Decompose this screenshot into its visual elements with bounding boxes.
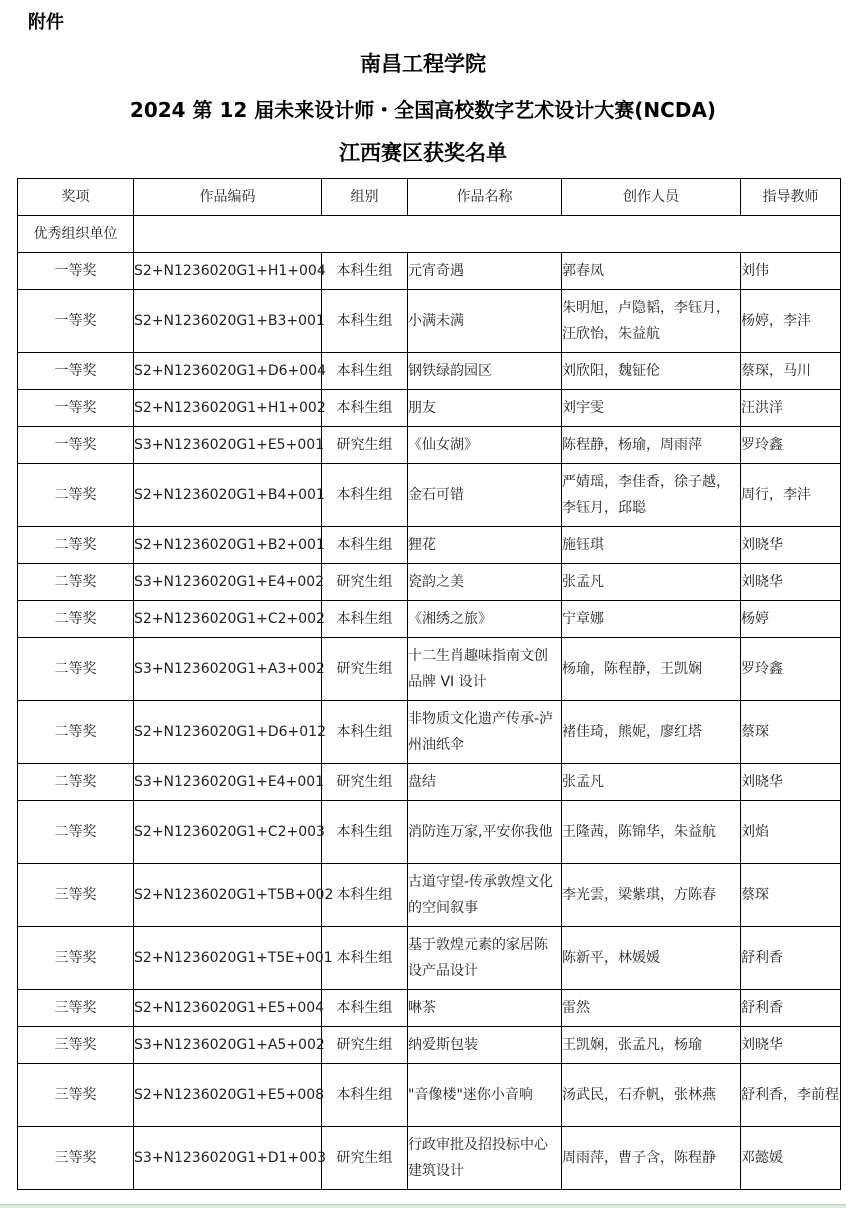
award-cell: 二等奖 bbox=[18, 701, 134, 764]
creators-cell: 王隆茜，陈锦华，朱益航 bbox=[562, 801, 741, 864]
advisors-cell: 刘焰 bbox=[741, 801, 841, 864]
code-cell: S2+N1236020G1+B4+001 bbox=[134, 464, 322, 527]
code-cell: S3+N1236020G1+E4+002 bbox=[134, 564, 322, 601]
award-cell: 一等奖 bbox=[18, 390, 134, 427]
code-cell: S2+N1236020G1+D6+012 bbox=[134, 701, 322, 764]
title-cell: 啉茶 bbox=[408, 990, 562, 1027]
title-cell: 朋友 bbox=[408, 390, 562, 427]
title-cell: 《湘绣之旅》 bbox=[408, 601, 562, 638]
table-row: 三等奖S2+N1236020G1+E5+008本科生组"音像楼"迷你小音响汤武民… bbox=[18, 1064, 841, 1127]
group-cell: 本科生组 bbox=[322, 927, 408, 990]
award-cell: 二等奖 bbox=[18, 564, 134, 601]
org-row-value bbox=[134, 216, 841, 253]
title-cell: "音像楼"迷你小音响 bbox=[408, 1064, 562, 1127]
group-cell: 本科生组 bbox=[322, 527, 408, 564]
creators-cell: 杨瑜，陈程静，王凯娴 bbox=[562, 638, 741, 701]
creators-cell: 褚佳琦，熊妮，廖红塔 bbox=[562, 701, 741, 764]
title-cell: 基于敦煌元素的家居陈设产品设计 bbox=[408, 927, 562, 990]
code-cell: S2+N1236020G1+T5B+002 bbox=[134, 864, 322, 927]
table-row: 三等奖S2+N1236020G1+T5E+001本科生组基于敦煌元素的家居陈设产… bbox=[18, 927, 841, 990]
code-cell: S2+N1236020G1+E5+008 bbox=[134, 1064, 322, 1127]
creators-cell: 张孟凡 bbox=[562, 564, 741, 601]
advisors-cell: 蔡琛，马川 bbox=[741, 353, 841, 390]
table-row: 二等奖S3+N1236020G1+E4+002研究生组瓷韵之美张孟凡刘晓华 bbox=[18, 564, 841, 601]
creators-cell: 汤武民，石乔帆，张林燕 bbox=[562, 1064, 741, 1127]
advisors-cell: 舒利香 bbox=[741, 927, 841, 990]
title-cell: 《仙女湖》 bbox=[408, 427, 562, 464]
title-competition: 2024 第 12 届未来设计师・全国高校数字艺术设计大赛(NCDA) bbox=[0, 94, 846, 123]
award-cell: 一等奖 bbox=[18, 427, 134, 464]
header-group: 组别 bbox=[322, 179, 408, 216]
creators-cell: 刘欣阳，魏钲伦 bbox=[562, 353, 741, 390]
advisors-cell: 舒利香，李前程 bbox=[741, 1064, 841, 1127]
header-code: 作品编码 bbox=[134, 179, 322, 216]
title-cell: 小满未满 bbox=[408, 290, 562, 353]
award-cell: 三等奖 bbox=[18, 1027, 134, 1064]
advisors-cell: 汪洪洋 bbox=[741, 390, 841, 427]
group-cell: 本科生组 bbox=[322, 701, 408, 764]
table-header-row: 奖项 作品编码 组别 作品名称 创作人员 指导教师 bbox=[18, 179, 841, 216]
code-cell: S2+N1236020G1+D6+004 bbox=[134, 353, 322, 390]
code-cell: S2+N1236020G1+T5E+001 bbox=[134, 927, 322, 990]
table-row: 二等奖S2+N1236020G1+D6+012本科生组非物质文化遗产传承-泸州油… bbox=[18, 701, 841, 764]
creators-cell: 朱明旭，卢隐韬，李钰月，汪欣怡，朱益航 bbox=[562, 290, 741, 353]
group-cell: 本科生组 bbox=[322, 290, 408, 353]
title-cell: 金石可错 bbox=[408, 464, 562, 527]
org-row-label: 优秀组织单位 bbox=[18, 216, 134, 253]
creators-cell: 宁章娜 bbox=[562, 601, 741, 638]
title-cell: 消防连万家,平安你我他 bbox=[408, 801, 562, 864]
code-cell: S3+N1236020G1+A5+002 bbox=[134, 1027, 322, 1064]
code-cell: S3+N1236020G1+E5+001 bbox=[134, 427, 322, 464]
title-cell: 钢铁绿韵园区 bbox=[408, 353, 562, 390]
title-cell: 元宵奇遇 bbox=[408, 253, 562, 290]
header-award: 奖项 bbox=[18, 179, 134, 216]
table-row: 一等奖S2+N1236020G1+B3+001本科生组小满未满朱明旭，卢隐韬，李… bbox=[18, 290, 841, 353]
advisors-cell: 刘晓华 bbox=[741, 527, 841, 564]
title-award-list: 江西赛区获奖名单 bbox=[0, 137, 846, 167]
group-cell: 研究生组 bbox=[322, 564, 408, 601]
group-cell: 研究生组 bbox=[322, 638, 408, 701]
org-row: 优秀组织单位 bbox=[18, 216, 841, 253]
table-row: 一等奖S2+N1236020G1+H1+002本科生组朋友刘宇雯汪洪洋 bbox=[18, 390, 841, 427]
advisors-cell: 罗玲鑫 bbox=[741, 638, 841, 701]
title-cell: 行政审批及招投标中心建筑设计 bbox=[408, 1127, 562, 1190]
table-row: 二等奖S2+N1236020G1+B2+001本科生组狸花施钰琪刘晓华 bbox=[18, 527, 841, 564]
table-row: 二等奖S2+N1236020G1+C2+002本科生组《湘绣之旅》宁章娜杨婷 bbox=[18, 601, 841, 638]
group-cell: 本科生组 bbox=[322, 464, 408, 527]
advisors-cell: 舒利香 bbox=[741, 990, 841, 1027]
table-row: 二等奖S2+N1236020G1+B4+001本科生组金石可错严婧瑶，李佳香，徐… bbox=[18, 464, 841, 527]
code-cell: S2+N1236020G1+B2+001 bbox=[134, 527, 322, 564]
advisors-cell: 刘晓华 bbox=[741, 1027, 841, 1064]
table-row: 三等奖S2+N1236020G1+E5+004本科生组啉茶雷然舒利香 bbox=[18, 990, 841, 1027]
creators-cell: 李光雲，梁紫琪，方陈春 bbox=[562, 864, 741, 927]
group-cell: 本科生组 bbox=[322, 990, 408, 1027]
title-cell: 狸花 bbox=[408, 527, 562, 564]
award-cell: 三等奖 bbox=[18, 1127, 134, 1190]
advisors-cell: 罗玲鑫 bbox=[741, 427, 841, 464]
table-row: 二等奖S3+N1236020G1+E4+001研究生组盘结张孟凡刘晓华 bbox=[18, 764, 841, 801]
code-cell: S2+N1236020G1+E5+004 bbox=[134, 990, 322, 1027]
advisors-cell: 刘伟 bbox=[741, 253, 841, 290]
group-cell: 本科生组 bbox=[322, 864, 408, 927]
code-cell: S2+N1236020G1+C2+003 bbox=[134, 801, 322, 864]
creators-cell: 雷然 bbox=[562, 990, 741, 1027]
creators-cell: 刘宇雯 bbox=[562, 390, 741, 427]
creators-cell: 张孟凡 bbox=[562, 764, 741, 801]
table-row: 三等奖S2+N1236020G1+T5B+002本科生组古道守望-传承敦煌文化的… bbox=[18, 864, 841, 927]
awards-table: 奖项 作品编码 组别 作品名称 创作人员 指导教师 优秀组织单位 一等奖S2+N… bbox=[17, 178, 841, 1190]
creators-cell: 周雨萍，曹子含，陈程静 bbox=[562, 1127, 741, 1190]
award-cell: 二等奖 bbox=[18, 764, 134, 801]
code-cell: S3+N1236020G1+A3+002 bbox=[134, 638, 322, 701]
advisors-cell: 蔡琛 bbox=[741, 701, 841, 764]
title-institution: 南昌工程学院 bbox=[0, 48, 846, 78]
header-title: 作品名称 bbox=[408, 179, 562, 216]
title-cell: 盘结 bbox=[408, 764, 562, 801]
creators-cell: 施钰琪 bbox=[562, 527, 741, 564]
award-cell: 一等奖 bbox=[18, 253, 134, 290]
award-cell: 二等奖 bbox=[18, 801, 134, 864]
table-row: 一等奖S2+N1236020G1+D6+004本科生组钢铁绿韵园区刘欣阳，魏钲伦… bbox=[18, 353, 841, 390]
table-row: 二等奖S2+N1236020G1+C2+003本科生组消防连万家,平安你我他王隆… bbox=[18, 801, 841, 864]
group-cell: 研究生组 bbox=[322, 764, 408, 801]
creators-cell: 严婧瑶，李佳香，徐子越，李钰月，邱聪 bbox=[562, 464, 741, 527]
award-cell: 二等奖 bbox=[18, 527, 134, 564]
table-row: 一等奖S2+N1236020G1+H1+004本科生组元宵奇遇郭春凤刘伟 bbox=[18, 253, 841, 290]
creators-cell: 郭春凤 bbox=[562, 253, 741, 290]
attachment-label: 附件 bbox=[28, 8, 64, 34]
title-cell: 非物质文化遗产传承-泸州油纸伞 bbox=[408, 701, 562, 764]
award-cell: 三等奖 bbox=[18, 864, 134, 927]
group-cell: 本科生组 bbox=[322, 601, 408, 638]
group-cell: 研究生组 bbox=[322, 1027, 408, 1064]
award-cell: 一等奖 bbox=[18, 353, 134, 390]
code-cell: S2+N1236020G1+H1+002 bbox=[134, 390, 322, 427]
award-cell: 三等奖 bbox=[18, 1064, 134, 1127]
title-cell: 纳爱斯包装 bbox=[408, 1027, 562, 1064]
group-cell: 本科生组 bbox=[322, 801, 408, 864]
creators-cell: 陈程静，杨瑜，周雨萍 bbox=[562, 427, 741, 464]
code-cell: S2+N1236020G1+B3+001 bbox=[134, 290, 322, 353]
table-row: 三等奖S3+N1236020G1+A5+002研究生组纳爱斯包装王凯娴，张孟凡，… bbox=[18, 1027, 841, 1064]
group-cell: 本科生组 bbox=[322, 353, 408, 390]
table-row: 三等奖S3+N1236020G1+D1+003研究生组行政审批及招投标中心建筑设… bbox=[18, 1127, 841, 1190]
advisors-cell: 杨婷，李沣 bbox=[741, 290, 841, 353]
code-cell: S3+N1236020G1+E4+001 bbox=[134, 764, 322, 801]
group-cell: 本科生组 bbox=[322, 390, 408, 427]
group-cell: 本科生组 bbox=[322, 253, 408, 290]
table-row: 一等奖S3+N1236020G1+E5+001研究生组《仙女湖》陈程静，杨瑜，周… bbox=[18, 427, 841, 464]
code-cell: S3+N1236020G1+D1+003 bbox=[134, 1127, 322, 1190]
award-cell: 二等奖 bbox=[18, 464, 134, 527]
award-cell: 三等奖 bbox=[18, 990, 134, 1027]
advisors-cell: 杨婷 bbox=[741, 601, 841, 638]
creators-cell: 王凯娴，张孟凡，杨瑜 bbox=[562, 1027, 741, 1064]
creators-cell: 陈新平，林媛媛 bbox=[562, 927, 741, 990]
advisors-cell: 刘晓华 bbox=[741, 564, 841, 601]
group-cell: 研究生组 bbox=[322, 1127, 408, 1190]
title-cell: 古道守望-传承敦煌文化的空间叙事 bbox=[408, 864, 562, 927]
header-creators: 创作人员 bbox=[562, 179, 741, 216]
advisors-cell: 刘晓华 bbox=[741, 764, 841, 801]
award-cell: 二等奖 bbox=[18, 638, 134, 701]
code-cell: S2+N1236020G1+C2+002 bbox=[134, 601, 322, 638]
advisors-cell: 蔡琛 bbox=[741, 864, 841, 927]
bottom-bar bbox=[0, 1204, 846, 1208]
group-cell: 本科生组 bbox=[322, 1064, 408, 1127]
group-cell: 研究生组 bbox=[322, 427, 408, 464]
award-cell: 三等奖 bbox=[18, 927, 134, 990]
award-cell: 一等奖 bbox=[18, 290, 134, 353]
table-row: 二等奖S3+N1236020G1+A3+002研究生组十二生肖趣味指南文创品牌 … bbox=[18, 638, 841, 701]
header-advisors: 指导教师 bbox=[741, 179, 841, 216]
title-cell: 瓷韵之美 bbox=[408, 564, 562, 601]
title-cell: 十二生肖趣味指南文创品牌 VI 设计 bbox=[408, 638, 562, 701]
award-cell: 二等奖 bbox=[18, 601, 134, 638]
advisors-cell: 周行，李沣 bbox=[741, 464, 841, 527]
code-cell: S2+N1236020G1+H1+004 bbox=[134, 253, 322, 290]
advisors-cell: 邓懿媛 bbox=[741, 1127, 841, 1190]
